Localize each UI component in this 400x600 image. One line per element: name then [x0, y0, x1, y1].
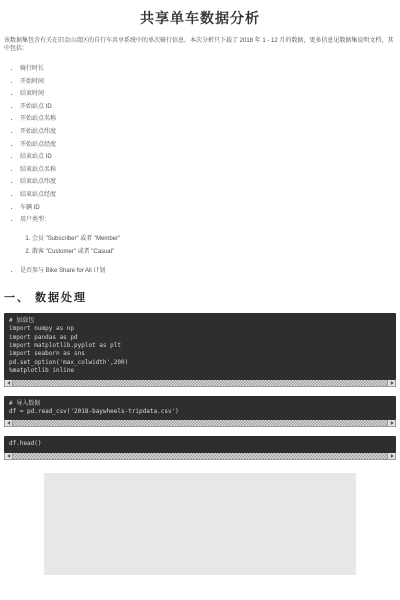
- arrow-right-icon: [390, 454, 393, 458]
- list-item: 开始站点 ID: [20, 101, 396, 114]
- list-item: 开始站点纬度: [20, 126, 396, 139]
- scrollbar-left-arrow-button[interactable]: [5, 380, 13, 386]
- list-item: 是否参与 Bike Share for All 计划: [20, 267, 396, 275]
- list-item: 结束站点名称: [20, 164, 396, 177]
- list-item: 结束站点经度: [20, 189, 396, 202]
- code-cell: # 导入数据 df = pd.read_csv('2018-baywheels-…: [4, 396, 396, 428]
- page-title: 共享单车数据分析: [4, 8, 396, 28]
- scrollbar-right-arrow-button[interactable]: [387, 380, 395, 386]
- extra-field-list: 是否参与 Bike Share for All 计划: [4, 267, 396, 275]
- code-block[interactable]: df.head(): [4, 436, 396, 452]
- arrow-left-icon: [7, 421, 10, 425]
- list-item: 结束站点 ID: [20, 151, 396, 164]
- horizontal-scrollbar[interactable]: [4, 380, 396, 387]
- list-item: 结束站点纬度: [20, 176, 396, 189]
- list-item: 开始站点经度: [20, 139, 396, 152]
- list-item: 用户类型：: [20, 214, 396, 227]
- output-placeholder: [44, 473, 356, 575]
- list-item: 骑行时长: [20, 63, 396, 76]
- horizontal-scrollbar[interactable]: [4, 420, 396, 427]
- arrow-right-icon: [390, 421, 393, 425]
- code-section: # 加载包 import numpy as np import pandas a…: [4, 313, 396, 460]
- list-item: 会员 "Subscriber" 或者 "Member": [32, 233, 396, 246]
- code-block[interactable]: # 加载包 import numpy as np import pandas a…: [4, 313, 396, 380]
- list-item: 结束时间: [20, 88, 396, 101]
- code-cell: # 加载包 import numpy as np import pandas a…: [4, 313, 396, 387]
- scrollbar-left-arrow-button[interactable]: [5, 420, 13, 426]
- dataset-field-list: 骑行时长 开始时间 结束时间 开始站点 ID 开始站点名称 开始站点纬度 开始站…: [4, 63, 396, 227]
- list-item: 车辆 ID: [20, 202, 396, 215]
- horizontal-scrollbar[interactable]: [4, 453, 396, 460]
- intro-paragraph: 该数据集包含有关在旧金山湾区的自行车共享系统中的单次骑行信息。本次分析只下载了 …: [4, 38, 396, 53]
- list-item: 散客 "Customer" 或者 "Casual": [32, 246, 396, 259]
- scrollbar-track[interactable]: [13, 453, 387, 459]
- scrollbar-right-arrow-button[interactable]: [387, 420, 395, 426]
- document-page: 共享单车数据分析 该数据集包含有关在旧金山湾区的自行车共享系统中的单次骑行信息。…: [0, 0, 400, 600]
- arrow-left-icon: [7, 454, 10, 458]
- arrow-left-icon: [7, 381, 10, 385]
- list-item: 开始时间: [20, 76, 396, 89]
- code-cell: df.head(): [4, 436, 396, 459]
- list-item: 开始站点名称: [20, 113, 396, 126]
- user-type-list: 会员 "Subscriber" 或者 "Member" 散客 "Customer…: [4, 233, 396, 259]
- section-heading: 一、 数据处理: [4, 289, 396, 305]
- scrollbar-right-arrow-button[interactable]: [387, 453, 395, 459]
- code-block[interactable]: # 导入数据 df = pd.read_csv('2018-baywheels-…: [4, 396, 396, 421]
- arrow-right-icon: [390, 381, 393, 385]
- scrollbar-left-arrow-button[interactable]: [5, 453, 13, 459]
- scrollbar-track[interactable]: [13, 420, 387, 426]
- scrollbar-track[interactable]: [13, 380, 387, 386]
